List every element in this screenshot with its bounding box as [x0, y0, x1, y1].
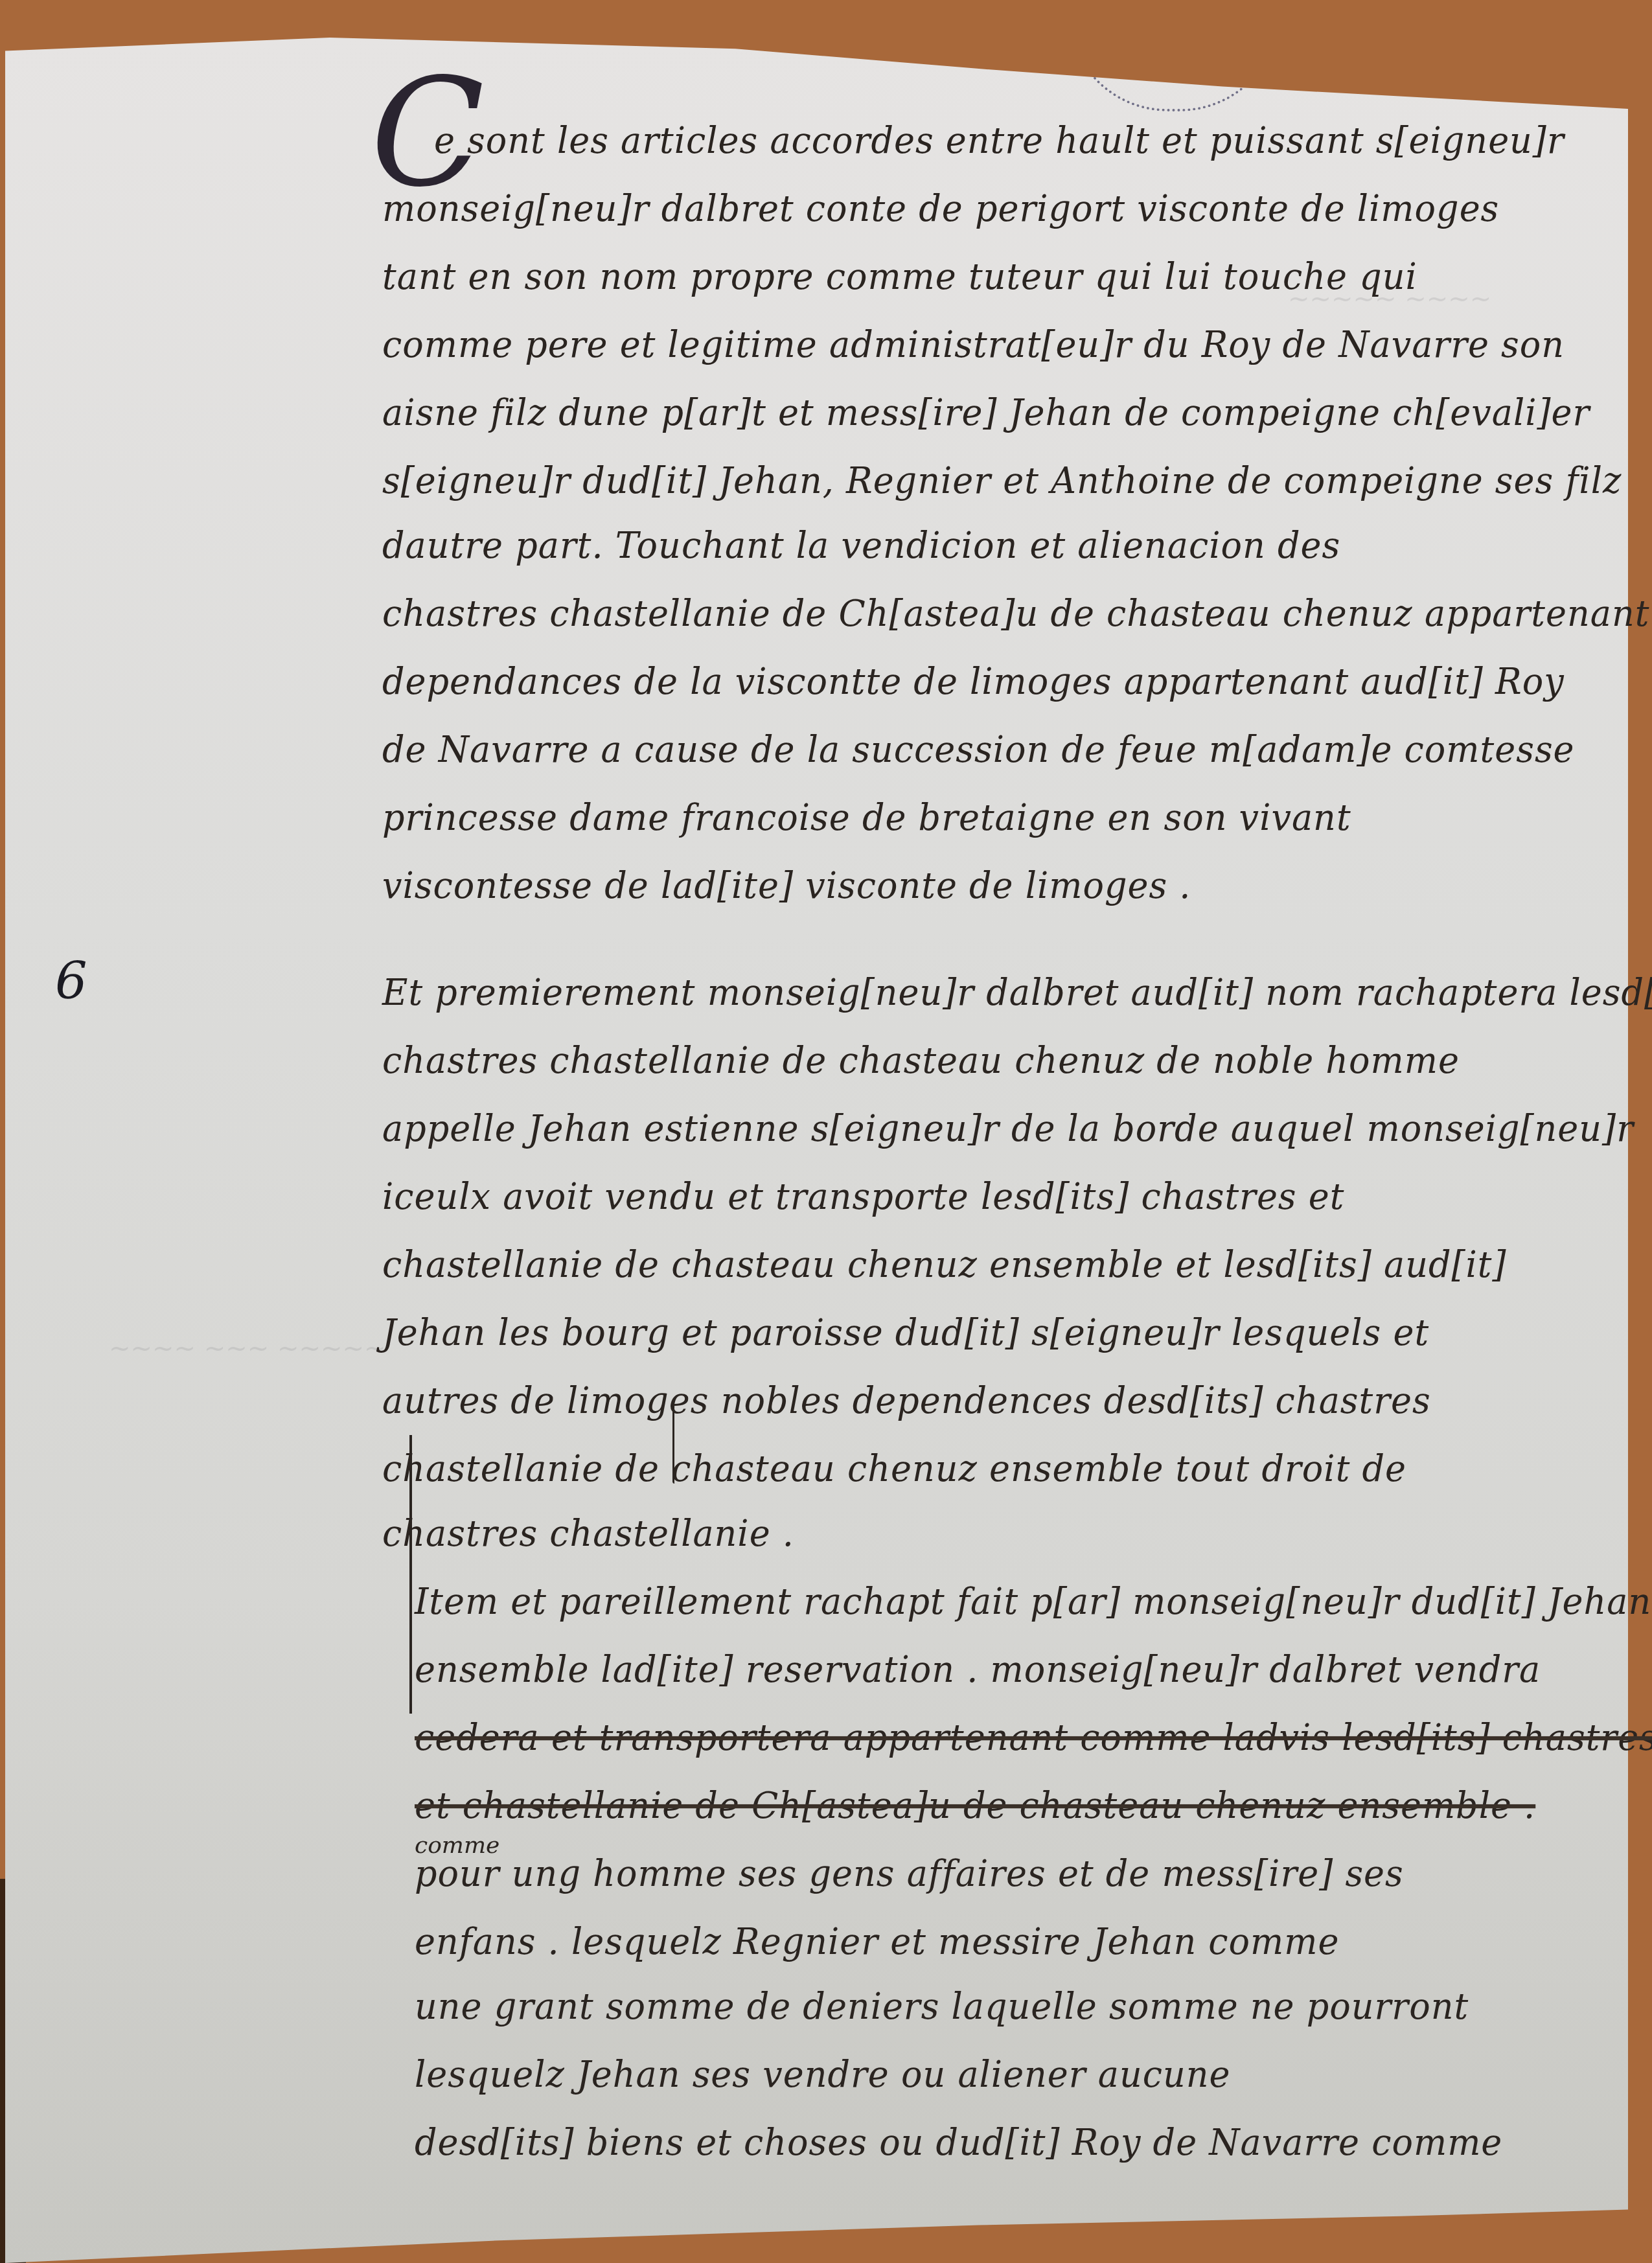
text-line: princesse dame francoise de bretaigne en…	[382, 796, 1351, 838]
text-line: tant en son nom propre comme tuteur qui …	[382, 255, 1417, 297]
text-line: viscontesse de lad[ite] visconte de limo…	[382, 864, 1191, 906]
struck-text-line: cedera et transportera appartenant comme…	[415, 1716, 1652, 1758]
text-line: s[eigneu]r dud[it] Jehan, Regnier et Ant…	[382, 459, 1622, 501]
folio-number: 6	[55, 952, 87, 1011]
text-line: de Navarre a cause de la succession de f…	[382, 728, 1575, 770]
struck-text-line: et chastellanie de Ch[astea]u de chastea…	[415, 1784, 1535, 1826]
text-line: monseig[neu]r dalbret conte de perigort …	[382, 187, 1499, 229]
text-line: pour ung homme ses gens affaires et de m…	[415, 1852, 1404, 1894]
text-line: chastres chastellanie .	[382, 1511, 794, 1554]
margin-bracket	[409, 1435, 417, 1714]
text-line: une grant somme de deniers laquelle somm…	[415, 1984, 1469, 2027]
text-line: chastres chastellanie de chasteau chenuz…	[382, 1039, 1460, 1081]
text-line: chastellanie de chasteau chenuz ensemble…	[382, 1447, 1406, 1489]
text-line: enfans . lesquelz Regnier et messire Jeh…	[415, 1920, 1339, 1962]
archive-stamp	[1068, 12, 1280, 111]
text-line: Jehan les bourg et paroisse dud[it] s[ei…	[382, 1311, 1429, 1353]
text-line: Item et pareillement rachapt fait p[ar] …	[415, 1580, 1651, 1622]
text-line: chastres chastellanie de Ch[astea]u de c…	[382, 592, 1652, 634]
text-line: e sont les articles accordes entre hault…	[434, 119, 1565, 161]
text-line: lesquelz Jehan ses vendre ou aliener auc…	[415, 2052, 1231, 2095]
interlinear-insertion: comme	[415, 1832, 499, 1859]
bracket-stroke	[672, 1406, 677, 1484]
text-line: dependances de la viscontte de limoges a…	[382, 660, 1565, 702]
text-line: ensemble lad[ite] reservation . monseig[…	[415, 1648, 1541, 1690]
text-line: desd[its] biens et choses ou dud[it] Roy…	[415, 2120, 1502, 2163]
text-line: chastellanie de chasteau chenuz ensemble…	[382, 1243, 1507, 1285]
text-line: Et premierement monseig[neu]r dalbret au…	[382, 971, 1652, 1013]
text-line: autres de limoges nobles dependences des…	[382, 1379, 1431, 1421]
text-line: aisne filz dune p[ar]t et mess[ire] Jeha…	[382, 391, 1590, 433]
text-line: dautre part. Touchant la vendicion et al…	[382, 523, 1340, 566]
show-through-text: ~~~~ ~~~ ~~~~~	[109, 1333, 386, 1363]
text-line: appelle Jehan estienne s[eigneu]r de la …	[382, 1107, 1634, 1149]
text-line: iceulx avoit vendu et transporte lesd[it…	[382, 1175, 1344, 1217]
text-line: comme pere et legitime administrat[eu]r …	[382, 323, 1565, 365]
